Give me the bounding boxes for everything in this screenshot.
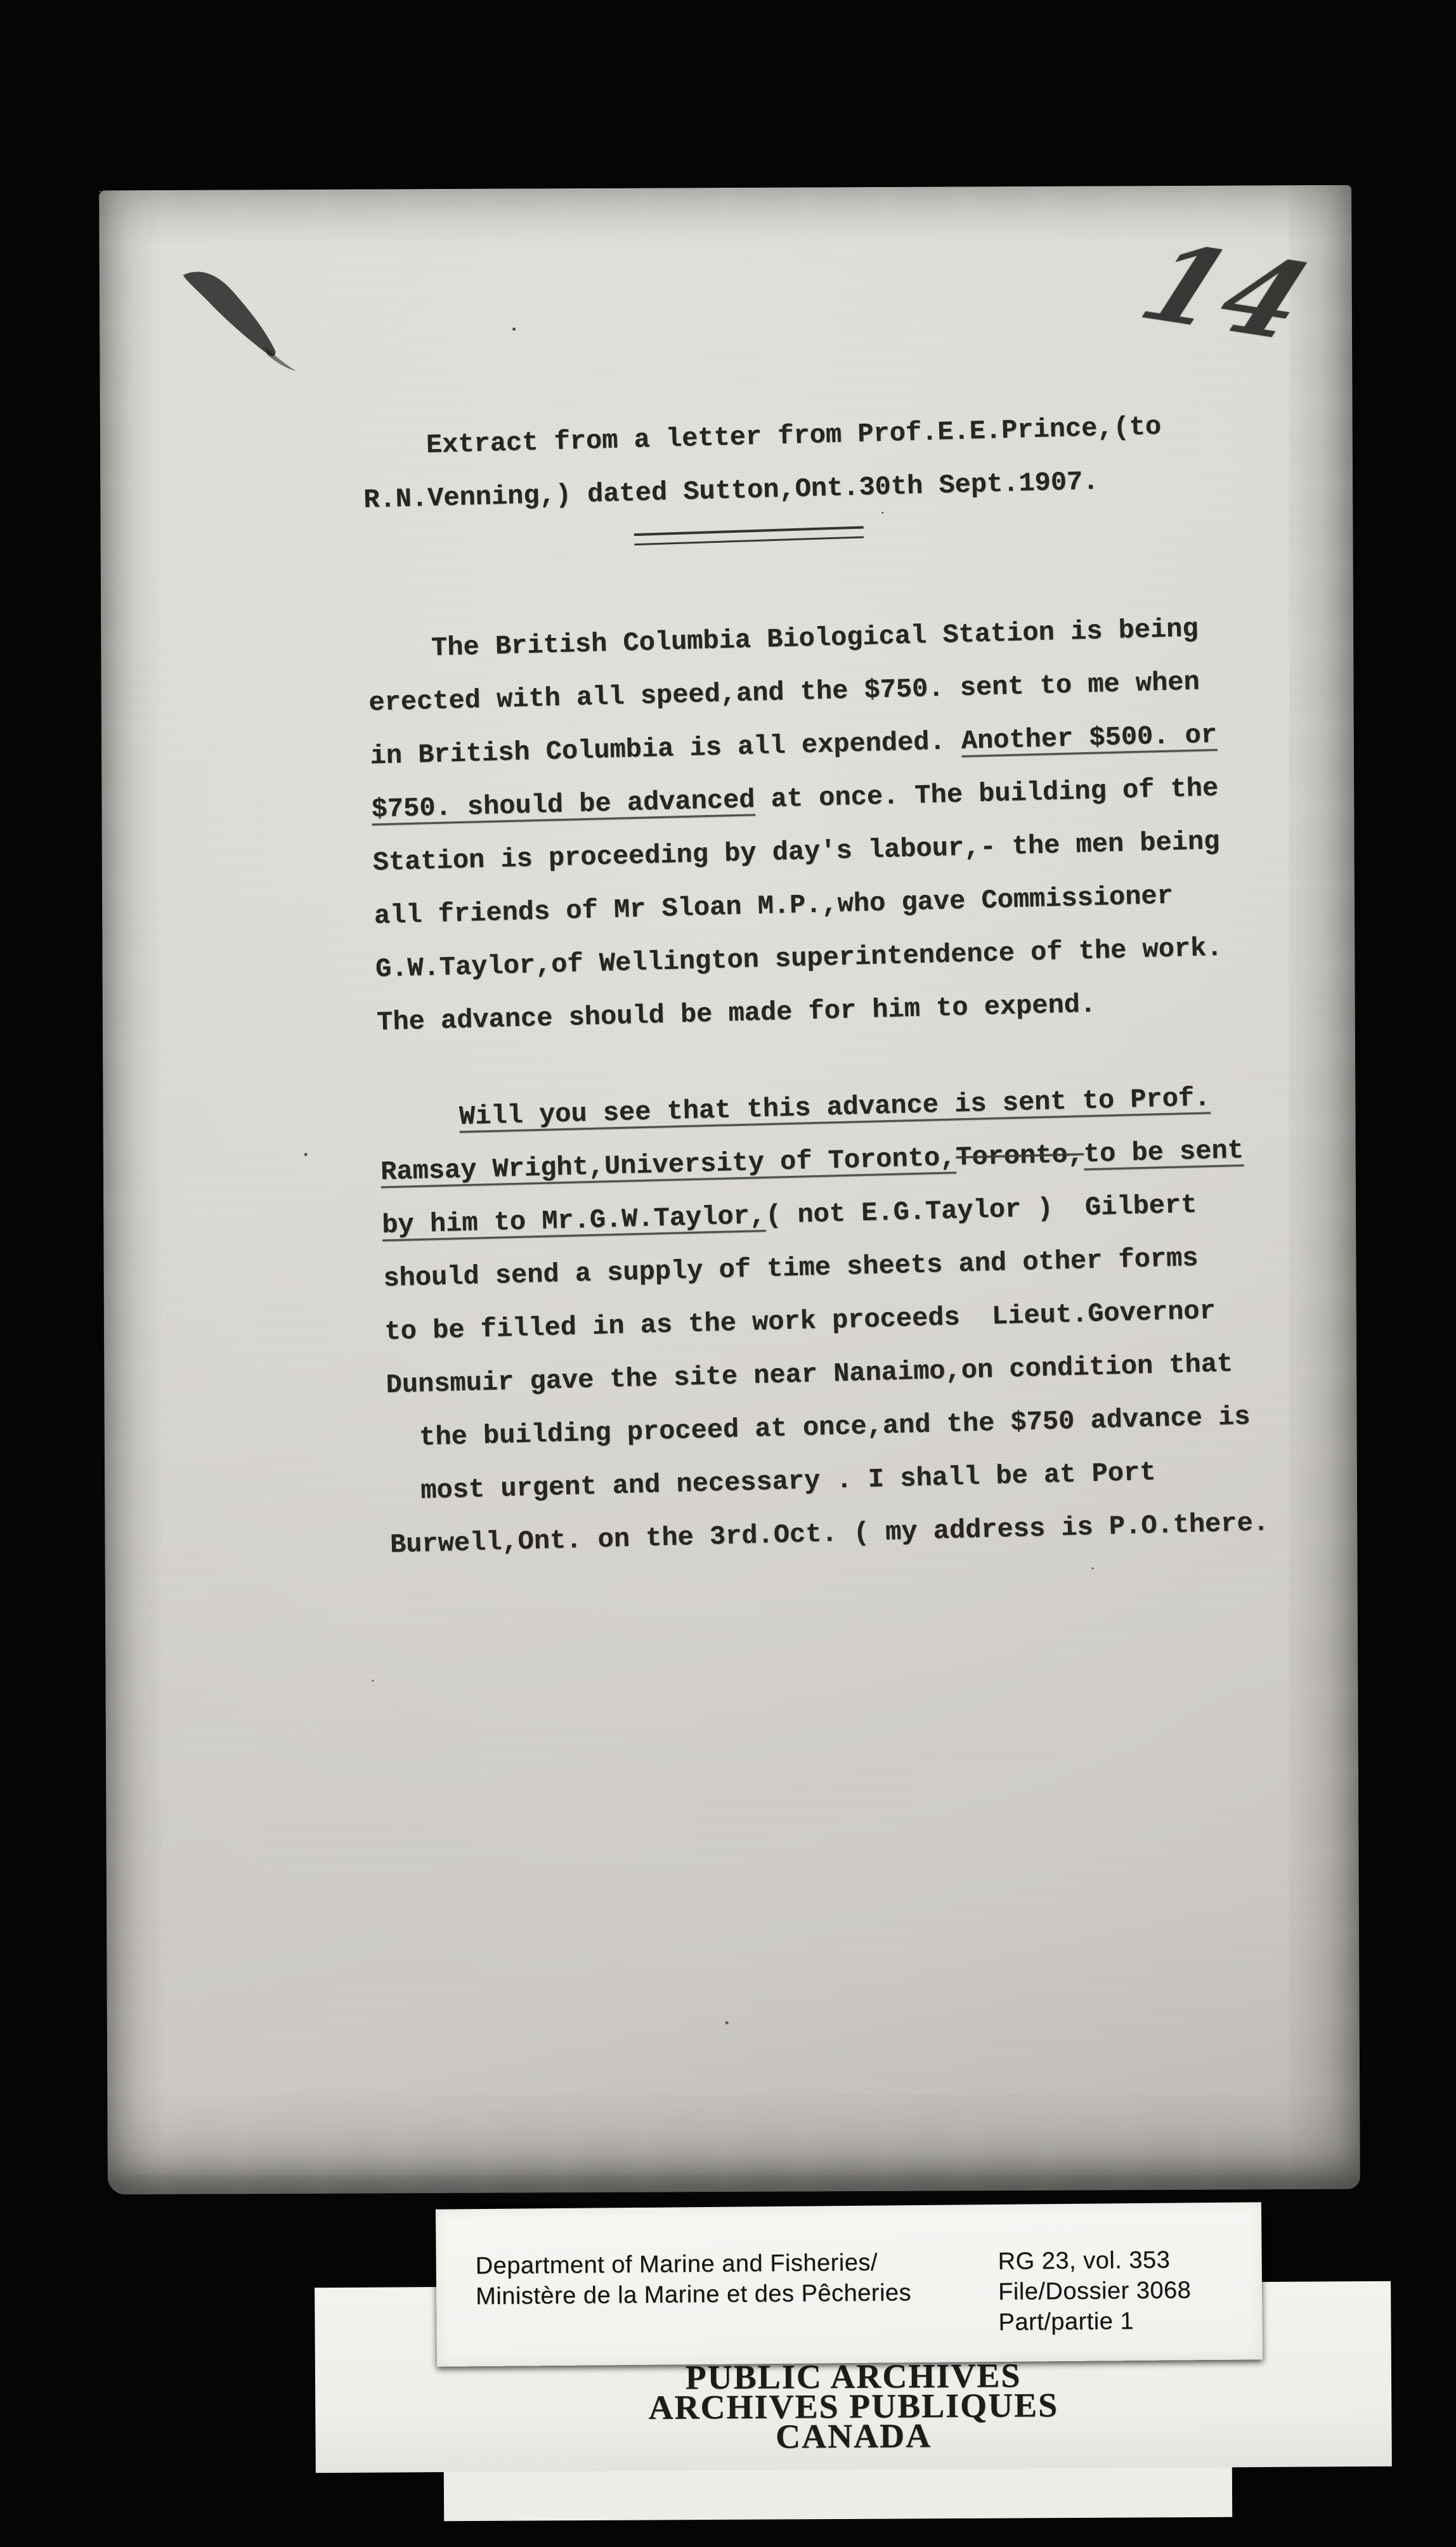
pencil-underlined-text: to be sent <box>1083 1135 1244 1169</box>
letter-paragraph-1: The British Columbia Biological Station … <box>367 602 1224 1050</box>
label-line: RG 23, vol. 353 <box>998 2244 1191 2277</box>
typed-text: the building proceed at once,and the $75… <box>387 1402 1251 1454</box>
pencil-underlined-text: Another $500. or <box>961 720 1217 757</box>
typed-text: all friends of Mr Sloan M.P.,who gave Co… <box>374 881 1173 932</box>
scanned-archive-page: { "page_number": "14", "letter": { "head… <box>0 0 1456 2547</box>
typed-text: at once. The building of the <box>755 773 1219 815</box>
typed-text: Dunsmuir gave the site near Nanaimo,on c… <box>386 1348 1233 1400</box>
ink-smudge <box>169 264 335 398</box>
department-name-label: Department of Marine and Fisheries/Minis… <box>476 2247 912 2312</box>
pencil-underlined-text: Ramsay Wright,University of Toronto, <box>380 1142 956 1187</box>
typed-text: Burwell,Ont. on the 3rd.Oct. ( my addres… <box>389 1508 1269 1560</box>
typed-text: R.N.Venning,) dated Sutton,Ont.30th Sept… <box>363 466 1099 515</box>
label-line: Department of Marine and Fisheries/ <box>476 2247 911 2281</box>
blank-label-strip <box>444 2465 1232 2522</box>
label-line: Part/partie 1 <box>998 2305 1192 2338</box>
double-underline-rule <box>634 526 864 545</box>
typed-text: Extract from a letter from Prof.E.E.Prin… <box>362 412 1162 462</box>
typed-text: G.W.Taylor,of Wellington superintendence… <box>375 933 1223 985</box>
typed-text <box>379 1102 459 1134</box>
pencil-underlined-text: $750. should be advanced <box>371 785 755 824</box>
typed-text: in British Columbia is all expended. <box>370 726 961 772</box>
typed-text: to be filled in as the work proceeds Lie… <box>384 1296 1216 1347</box>
typed-text: ( not E.G.Taylor ) Gilbert <box>765 1190 1197 1231</box>
scanned-letter-page: 14 Extract from a letter from Prof.E.E.P… <box>99 185 1360 2195</box>
typed-text: The British Columbia Biological Station … <box>367 613 1199 665</box>
pencil-underlined-text: by him to Mr.G.W.Taylor, <box>382 1201 766 1241</box>
typed-text: should send a supply of time sheets and … <box>383 1243 1199 1294</box>
archive-reference-label: Department of Marine and Fisheries/Minis… <box>436 2202 1263 2366</box>
pencil-underlined-text: Will you see that this advance is sent t… <box>458 1083 1210 1132</box>
letter-paragraph-2: Will you see that this advance is sent t… <box>379 1070 1270 1572</box>
label-line: File/Dossier 3068 <box>998 2275 1192 2307</box>
label-line: Ministère de la Marine et des Pêcheries <box>476 2277 911 2312</box>
record-group-label: RG 23, vol. 353File/Dossier 3068Part/par… <box>998 2244 1191 2338</box>
typewritten-letter: Extract from a letter from Prof.E.E.Prin… <box>356 164 1421 1711</box>
typed-text: Station is proceeding by day's labour,- … <box>372 826 1220 878</box>
struck-out-text: Toronto, <box>956 1139 1084 1173</box>
typed-text: most urgent and necessary . I shall be a… <box>388 1457 1156 1508</box>
letter-heading: Extract from a letter from Prof.E.E.Prin… <box>361 400 1163 527</box>
scan-dust-specks <box>99 190 101 192</box>
typed-text: The advance should be made for him to ex… <box>377 989 1096 1038</box>
typed-text: erected with all speed,and the $750. sen… <box>368 667 1200 718</box>
stamp-line: CANADA <box>315 2418 1391 2454</box>
